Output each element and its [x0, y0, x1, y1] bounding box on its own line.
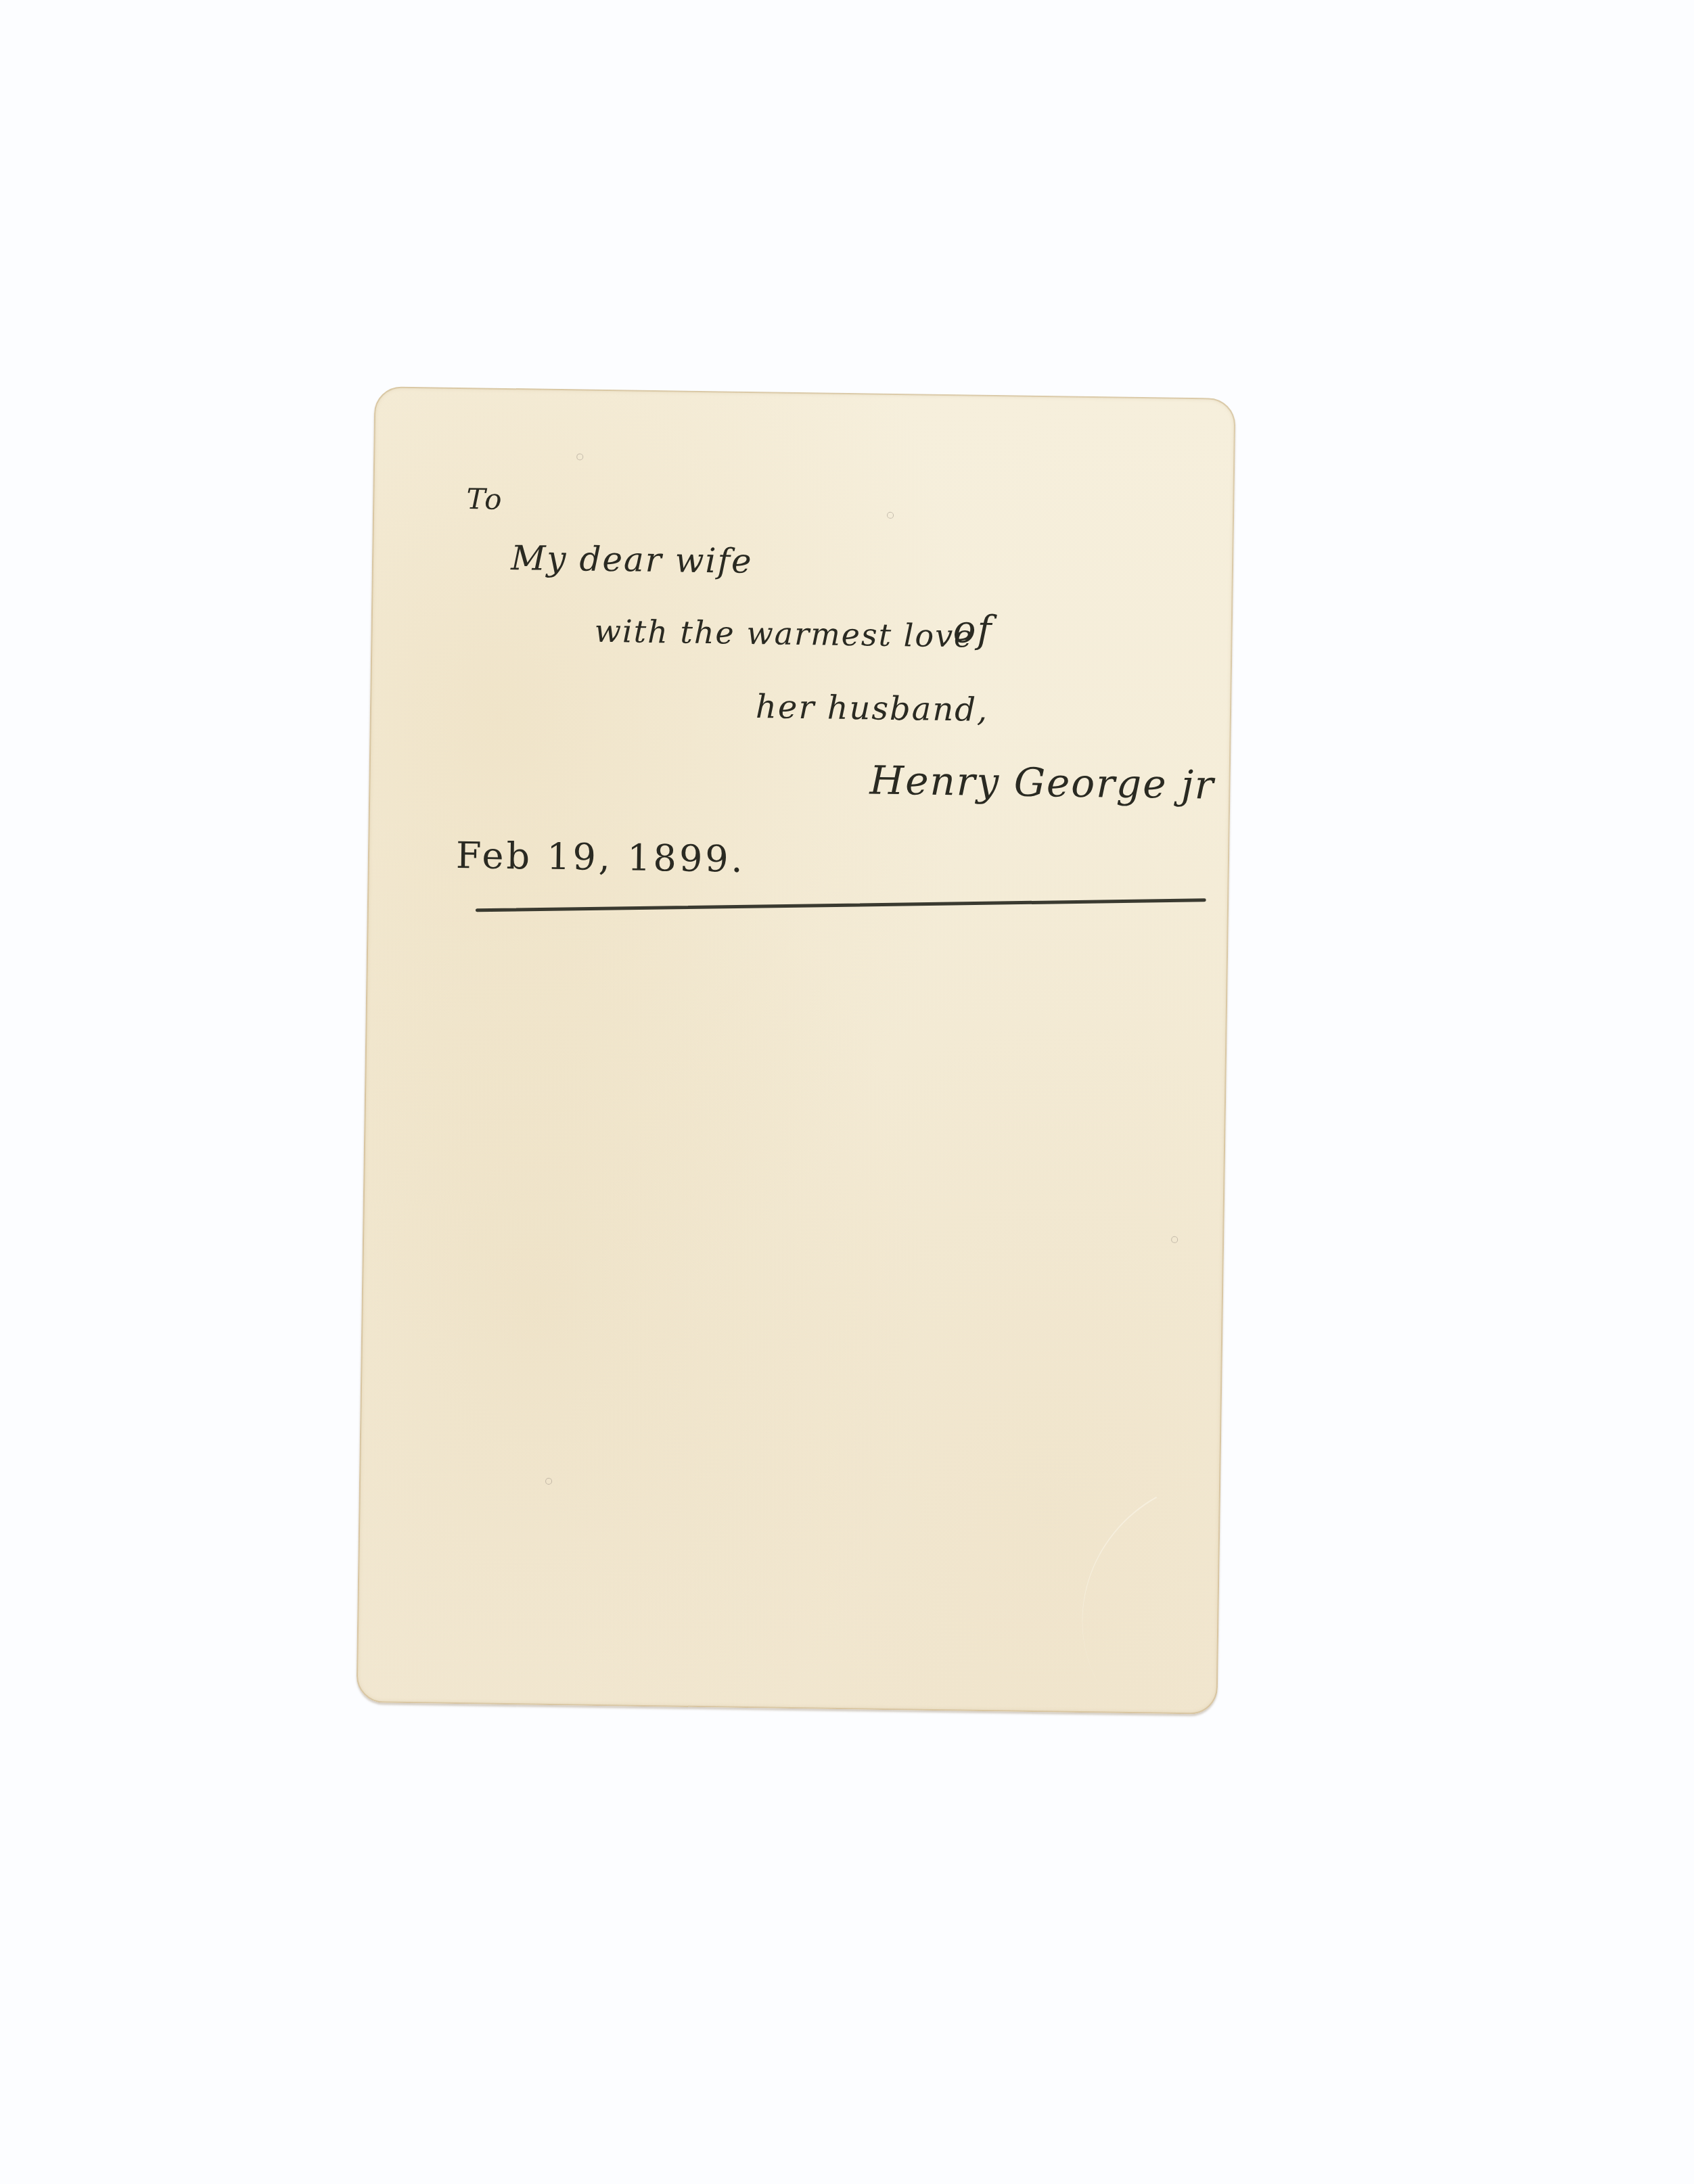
- signature: Henry George jr: [869, 757, 1215, 808]
- body-line-end: of: [953, 607, 992, 652]
- date-line: Feb 19, 1899.: [456, 834, 746, 881]
- relation-line: her husband,: [756, 688, 989, 729]
- body-line: with the warmest love: [594, 613, 974, 655]
- salutation: To: [466, 482, 503, 516]
- handwritten-inscription: To My dear wife with the warmest love of…: [356, 386, 1235, 1715]
- recipient-line: My dear wife: [511, 538, 753, 581]
- date-underline: [476, 898, 1206, 912]
- cabinet-card: To My dear wife with the warmest love of…: [356, 386, 1235, 1715]
